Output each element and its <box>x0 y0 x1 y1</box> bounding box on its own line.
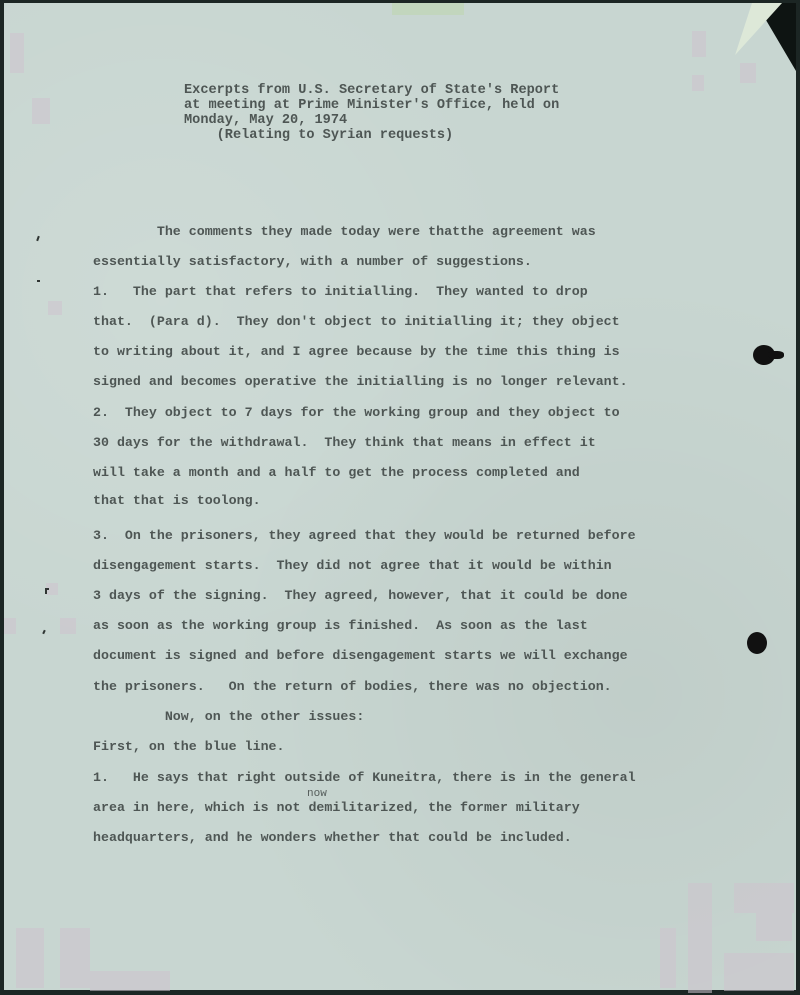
scan-blotch <box>32 98 50 124</box>
margin-mark <box>45 589 47 594</box>
scan-blotch <box>90 971 170 991</box>
punch-hole-upper-tail <box>768 351 784 359</box>
body-line-10: that that is toolong. <box>93 493 261 509</box>
body-line-21: headquarters, and he wonders whether tha… <box>93 830 572 846</box>
margin-mark <box>42 630 46 634</box>
body-line-6: signed and becomes operative the initial… <box>93 374 628 390</box>
heading-line-4: (Relating to Syrian requests) <box>184 128 453 143</box>
body-line-1: The comments they made today were thatth… <box>93 224 596 240</box>
scan-blotch <box>734 883 794 913</box>
scan-blotch <box>692 31 706 57</box>
body-line-19: 1. He says that right outside of Kuneitr… <box>93 770 636 786</box>
scan-blotch <box>756 913 792 941</box>
body-line-4: that. (Para d). They don't object to ini… <box>93 314 620 330</box>
scan-blotch <box>10 33 24 73</box>
body-line-9: will take a month and a half to get the … <box>93 465 580 481</box>
heading-line-2: at meeting at Prime Minister's Office, h… <box>184 98 559 113</box>
body-line-7: 2. They object to 7 days for the working… <box>93 405 620 421</box>
scan-blotch <box>60 618 76 634</box>
body-line-11: 3. On the prisoners, they agreed that th… <box>93 528 636 544</box>
heading-line-3: Monday, May 20, 1974 <box>184 113 347 128</box>
body-line-15: document is signed and before disengagem… <box>93 648 628 664</box>
body-line-14: as soon as the working group is finished… <box>93 618 588 634</box>
tape-strip <box>392 3 464 15</box>
margin-mark <box>37 280 40 282</box>
scan-blotch <box>60 928 90 988</box>
document-page: Excerpts from U.S. Secretary of State's … <box>4 3 796 990</box>
interlinear-insertion: now <box>307 788 327 800</box>
body-line-12: disengagement starts. They did not agree… <box>93 558 612 574</box>
scan-blotch <box>16 928 44 988</box>
scan-blotch <box>688 883 712 993</box>
body-line-16: the prisoners. On the return of bodies, … <box>93 679 612 695</box>
body-line-5: to writing about it, and I agree because… <box>93 344 620 360</box>
margin-mark <box>36 236 40 241</box>
body-line-13: 3 days of the signing. They agreed, howe… <box>93 588 628 604</box>
body-line-18: First, on the blue line. <box>93 739 285 755</box>
body-line-2: essentially satisfactory, with a number … <box>93 254 532 270</box>
scan-blotch <box>48 301 62 315</box>
scan-blotch <box>660 928 676 988</box>
heading-line-1: Excerpts from U.S. Secretary of State's … <box>184 83 559 98</box>
body-line-17: Now, on the other issues: <box>93 709 364 725</box>
scan-blotch <box>740 63 756 83</box>
body-line-20: area in here, which is not demilitarized… <box>93 800 580 816</box>
punch-hole-lower <box>747 632 767 654</box>
scan-blotch <box>4 618 16 634</box>
scan-blotch <box>692 75 704 91</box>
scan-blotch <box>724 953 794 991</box>
body-line-3: 1. The part that refers to initialling. … <box>93 284 588 300</box>
body-line-8: 30 days for the withdrawal. They think t… <box>93 435 596 451</box>
